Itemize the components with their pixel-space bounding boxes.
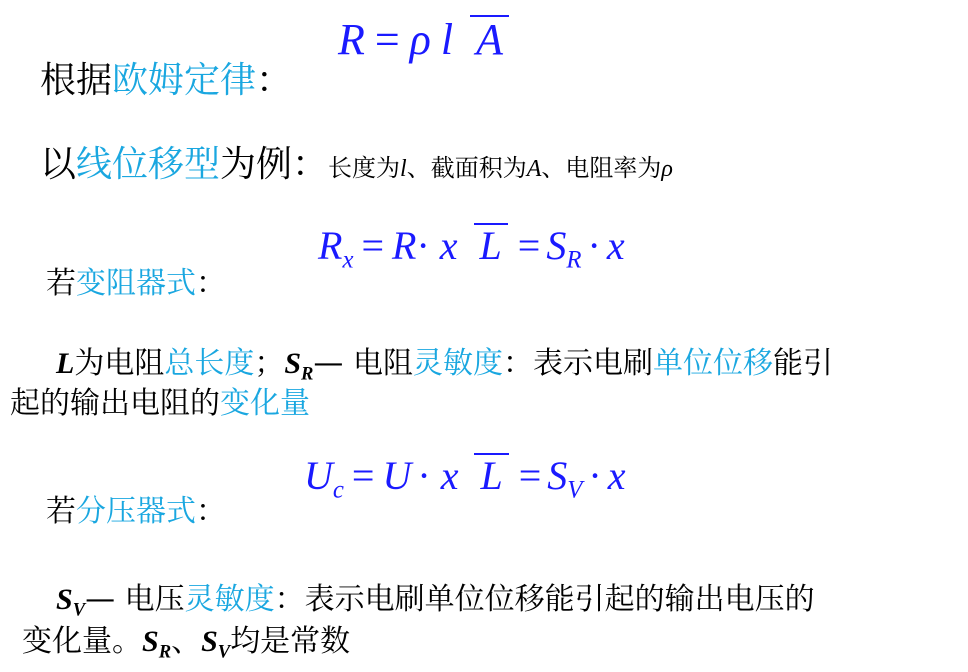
parameter-description: 长度为l、截面积为A、电阻率为ρ: [328, 154, 673, 182]
heading-prefix: 若: [46, 494, 76, 529]
formula-equals: =: [519, 452, 542, 499]
heading-suffix: 为例：: [220, 144, 328, 185]
formula-x: x: [607, 222, 625, 269]
denominator-L: L: [474, 223, 508, 267]
var-SR: SR: [142, 625, 171, 658]
area-label: 、截面积为: [407, 154, 527, 182]
text: — 电压: [85, 582, 185, 617]
voltage-divider-term: 分压器式: [76, 494, 196, 529]
formula-R: R: [392, 222, 416, 269]
numerator-l: l: [435, 17, 459, 63]
ohms-law-formula: R = ρ l A: [338, 14, 513, 65]
formula-dot: ·: [417, 452, 430, 499]
var-SR: SR: [284, 347, 313, 380]
formula-R: R: [338, 14, 365, 65]
heading-prefix: 以: [40, 144, 76, 185]
heading-colon: ：: [196, 494, 226, 529]
linear-displacement-term: 线位移型: [76, 144, 220, 185]
text: 均是常数: [230, 624, 350, 659]
formula-U: U: [382, 452, 411, 499]
var-A: A: [527, 156, 542, 182]
fraction-x-over-L: x L: [435, 452, 509, 499]
text: — 电阻: [313, 346, 413, 381]
numerator-x: x: [435, 455, 465, 497]
heading-colon: ：: [196, 266, 226, 301]
unit-displacement-term: 单位位移: [653, 346, 773, 381]
text: 变化量。: [22, 624, 142, 659]
formula-equals: =: [518, 222, 541, 269]
text: ：表示电刷: [503, 346, 653, 381]
sensitivity-term: 灵敏度: [185, 582, 275, 617]
text: 、: [171, 624, 201, 659]
formula-Uc: Uc: [304, 452, 344, 499]
rheostat-term: 变阻器式: [76, 266, 196, 301]
text: ：表示电刷单位位移能引起的输出电压的: [275, 582, 815, 617]
formula-Rx: Rx: [318, 222, 353, 269]
formula-SR: SR: [546, 222, 581, 269]
rheostat-formula: Rx = R · x L = SR · x: [318, 222, 625, 269]
fraction-l-over-A: l A: [435, 14, 509, 65]
voltage-divider-formula: Uc = U · x L = SV · x: [304, 452, 626, 499]
var-SV: SV: [201, 625, 230, 658]
formula-SV: SV: [547, 452, 582, 499]
total-length-term: 总长度: [164, 346, 254, 381]
linear-displacement-heading: 以线位移型为例：长度为l、截面积为A、电阻率为ρ: [40, 136, 673, 187]
heading-colon: ：: [256, 60, 292, 101]
var-SV: SV: [56, 583, 85, 616]
fraction-x-over-L: x L: [434, 222, 508, 269]
ohms-law-heading: 根据欧姆定律：: [40, 52, 292, 103]
formula-x: x: [608, 452, 626, 499]
denominator-L: L: [474, 453, 508, 497]
formula-rho: ρ: [410, 14, 431, 65]
divider-explanation-line2: 变化量。SR、SV均是常数: [22, 616, 350, 660]
voltage-divider-heading: 若分压器式：: [46, 486, 226, 530]
var-L: L: [56, 347, 74, 380]
heading-prefix: 根据: [40, 60, 112, 101]
text: 为电阻: [74, 346, 164, 381]
formula-equals: =: [375, 14, 400, 65]
text: ；: [254, 346, 284, 381]
rheostat-explanation-line1: L为电阻总长度；SR— 电阻灵敏度：表示电刷单位位移能引: [56, 338, 833, 382]
denominator-A: A: [470, 15, 509, 63]
rheostat-heading: 若变阻器式：: [46, 258, 226, 302]
text: 能引: [773, 346, 833, 381]
formula-dot: ·: [588, 452, 601, 499]
length-label: 长度为: [328, 154, 400, 182]
ohms-law-term: 欧姆定律: [112, 60, 256, 101]
formula-dot: ·: [588, 222, 601, 269]
formula-equals: =: [352, 452, 375, 499]
rheostat-explanation-line2: 起的输出电阻的变化量: [10, 378, 310, 422]
heading-prefix: 若: [46, 266, 76, 301]
formula-equals: =: [361, 222, 384, 269]
formula-dot: ·: [416, 222, 429, 269]
resistivity-label: 、电阻率为: [541, 154, 661, 182]
numerator-x: x: [434, 225, 464, 267]
divider-explanation-line1: SV— 电压灵敏度：表示电刷单位位移能引起的输出电压的: [56, 574, 815, 618]
text: 起的输出电阻的: [10, 386, 220, 421]
var-rho: ρ: [661, 156, 673, 182]
change-amount-term: 变化量: [220, 386, 310, 421]
sensitivity-term: 灵敏度: [413, 346, 503, 381]
var-l: l: [400, 156, 407, 182]
